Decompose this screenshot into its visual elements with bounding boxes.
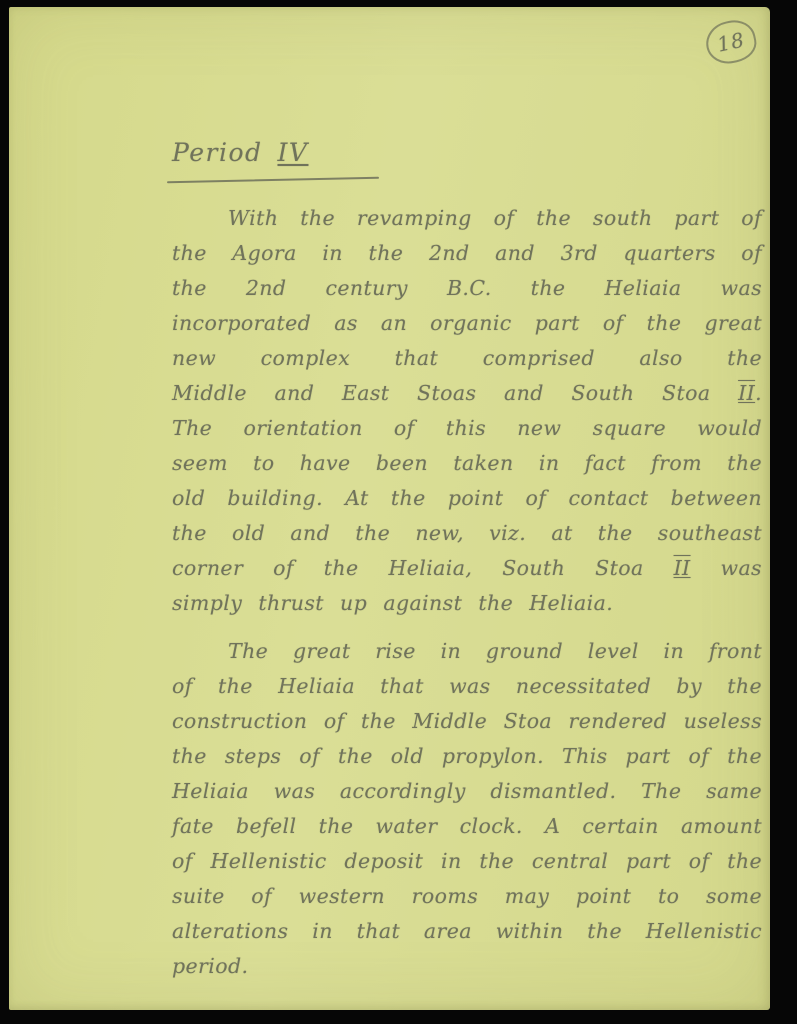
text-segment: incorporated as an organic part of the g… [172,311,762,335]
text-segment: old building. At the point of contact be… [172,486,762,510]
text-segment: fate befell the water clock. A certain a… [172,814,762,838]
handwritten-line: the 2nd century B.C. the Heliaia was [172,271,762,306]
handwritten-line: fate befell the water clock. A certain a… [172,809,762,844]
text-segment: alterations in that area within the Hell… [172,919,762,978]
text-segment: . [755,381,762,405]
page-body: With the revamping of the south part oft… [172,201,762,984]
handwritten-line: simply thrust up against the Heliaia. [172,586,762,621]
section-heading: PeriodIV [172,138,308,167]
heading-numeral: IV [278,138,309,167]
text-segment: the steps of the old propylon. This part… [172,744,762,768]
handwritten-line: the steps of the old propylon. This part… [172,739,762,774]
handwritten-line: the Agora in the 2nd and 3rd quarters of [172,236,762,271]
heading-underline [167,177,379,183]
handwritten-line: The orientation of this new square would [172,411,762,446]
text-segment: corner of the Heliaia, South Stoa [172,556,674,580]
handwritten-line: corner of the Heliaia, South Stoa II was [172,551,762,586]
text-segment: The orientation of this new square would [172,416,762,440]
handwritten-line: suite of western rooms may point to some [172,879,762,914]
page-number: 18 [715,27,747,56]
text-segment: seem to have been taken in fact from the [172,451,762,475]
text-segment: the old and the new, viz. at the southea… [172,521,762,545]
text-segment: suite of western rooms may point to some [172,884,762,908]
text-segment: of the Heliaia that was necessitated by … [172,674,762,698]
text-segment: construction of the Middle Stoa rendered… [172,709,762,733]
roman-numeral: II [674,556,691,580]
text-segment: simply thrust up against the Heliaia. [172,591,613,615]
heading-word: Period [172,138,263,167]
handwritten-line: Middle and East Stoas and South Stoa II. [172,376,762,411]
text-segment: was [691,556,762,580]
handwritten-line: old building. At the point of contact be… [172,481,762,516]
text-segment: the Agora in the 2nd and 3rd quarters of [172,241,762,265]
handwritten-line: The great rise in ground level in front [172,634,762,669]
text-segment: The great rise in ground level in front [228,639,762,663]
handwritten-line: construction of the Middle Stoa rendered… [172,704,762,739]
handwritten-line: seem to have been taken in fact from the [172,446,762,481]
handwritten-line: the old and the new, viz. at the southea… [172,516,762,551]
scan-background: { "page": { "number": "18" }, "heading":… [0,0,797,1024]
text-segment: With the revamping of the south part of [228,206,762,230]
paragraph: The great rise in ground level in fronto… [172,634,762,984]
text-segment: the 2nd century B.C. the Heliaia was [172,276,762,300]
text-segment: Heliaia was accordingly dismantled. The … [172,779,762,803]
handwritten-line: incorporated as an organic part of the g… [172,306,762,341]
page-number-circle: 18 [702,16,760,67]
paper: 18 PeriodIV With the revamping of the so… [9,7,770,1010]
text-segment: new complex that comprised also the [172,346,762,370]
text-segment: of Hellenistic deposit in the central pa… [172,849,762,873]
handwritten-line: alterations in that area within the Hell… [172,914,762,984]
handwritten-line: new complex that comprised also the [172,341,762,376]
handwritten-line: Heliaia was accordingly dismantled. The … [172,774,762,809]
handwritten-line: With the revamping of the south part of [172,201,762,236]
text-segment: Middle and East Stoas and South Stoa [172,381,738,405]
paragraph: With the revamping of the south part oft… [172,201,762,621]
roman-numeral: II [738,381,755,405]
handwritten-line: of the Heliaia that was necessitated by … [172,669,762,704]
handwritten-line: of Hellenistic deposit in the central pa… [172,844,762,879]
